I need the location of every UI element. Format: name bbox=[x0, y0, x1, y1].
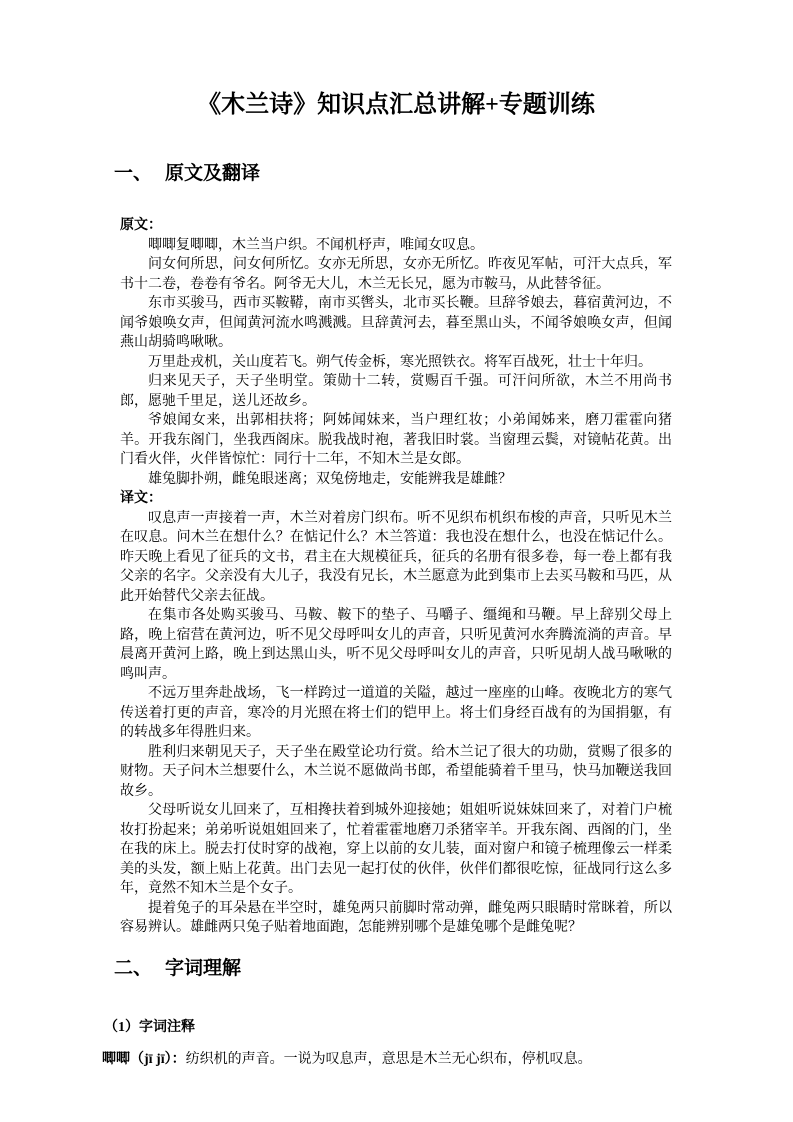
translation-paragraph: 在集市各处购买骏马、马鞍、鞍下的垫子、马嚼子、缰绳和马鞭。早上辞别父母上路，晚上… bbox=[120, 606, 672, 684]
glossary-entry: 唧唧（jī jī）：纺织机的声音。一说为叹息声，意思是木兰无心织布，停机叹息。 bbox=[102, 1050, 672, 1070]
translation-paragraph: 提着兔子的耳朵悬在半空时，雄兔两只前脚时常动弹，雌兔两只眼睛时常眯着，所以容易辨… bbox=[120, 899, 672, 938]
section2-heading: 二、字词理解 bbox=[114, 955, 672, 982]
section1-title: 原文及翻译 bbox=[165, 163, 260, 184]
section2-number: 二、 bbox=[114, 958, 152, 979]
section2-title: 字词理解 bbox=[165, 958, 241, 979]
document-page: 《木兰诗》知识点汇总讲解+专题训练 一、原文及翻译 原文： 唧唧复唧唧，木兰当户… bbox=[0, 0, 793, 1122]
original-paragraph: 雄兔脚扑朔，雌兔眼迷离；双兔傍地走，安能辨我是雄雌？ bbox=[120, 470, 672, 490]
section1-number: 一、 bbox=[114, 163, 152, 184]
original-label: 原文： bbox=[120, 216, 672, 236]
original-paragraph: 东市买骏马，西市买鞍鞯，南市买辔头，北市买长鞭。旦辞爷娘去，暮宿黄河边，不闻爷娘… bbox=[120, 294, 672, 353]
section1-body: 原文： 唧唧复唧唧，木兰当户织。不闻机杼声，唯闻女叹息。 问女何所思，问女何所忆… bbox=[120, 216, 672, 938]
document-title: 《木兰诗》知识点汇总讲解+专题训练 bbox=[120, 88, 672, 122]
section1-heading: 一、原文及翻译 bbox=[114, 160, 672, 187]
glossary-definition: 纺织机的声音。一说为叹息声，意思是木兰无心织布，停机叹息。 bbox=[186, 1052, 592, 1067]
translation-paragraph: 不远万里奔赴战场，飞一样跨过一道道的关隘，越过一座座的山峰。夜晚北方的寒气传送着… bbox=[120, 684, 672, 743]
glossary-term: 唧唧（jī jī）： bbox=[102, 1052, 186, 1067]
translation-paragraph: 胜利归来朝见天子，天子坐在殿堂论功行赏。给木兰记了很大的功勋，赏赐了很多的财物。… bbox=[120, 743, 672, 802]
original-paragraph: 万里赴戎机，关山度若飞。朔气传金柝，寒光照铁衣。将军百战死，壮士十年归。 bbox=[120, 353, 672, 373]
original-paragraph: 归来见天子，天子坐明堂。策勋十二转，赏赐百千强。可汗问所欲，木兰不用尚书郎，愿驰… bbox=[120, 372, 672, 411]
original-paragraph: 问女何所思，问女何所忆。女亦无所思，女亦无所忆。昨夜见军帖，可汗大点兵，军书十二… bbox=[120, 255, 672, 294]
original-paragraph: 爷娘闻女来，出郭相扶将；阿姊闻妹来，当户理红妆；小弟闻姊来，磨刀霍霍向猪羊。开我… bbox=[120, 411, 672, 470]
subsection-heading: （1）字词注释 bbox=[104, 1018, 672, 1038]
translation-label: 译文： bbox=[120, 489, 672, 509]
translation-paragraph: 叹息声一声接着一声，木兰对着房门织布。听不见织布机织布梭的声音，只听见木兰在叹息… bbox=[120, 509, 672, 607]
original-paragraph: 唧唧复唧唧，木兰当户织。不闻机杼声，唯闻女叹息。 bbox=[120, 236, 672, 256]
translation-paragraph: 父母听说女儿回来了，互相搀扶着到城外迎接她；姐姐听说妹妹回来了，对着门户梳妆打扮… bbox=[120, 801, 672, 899]
